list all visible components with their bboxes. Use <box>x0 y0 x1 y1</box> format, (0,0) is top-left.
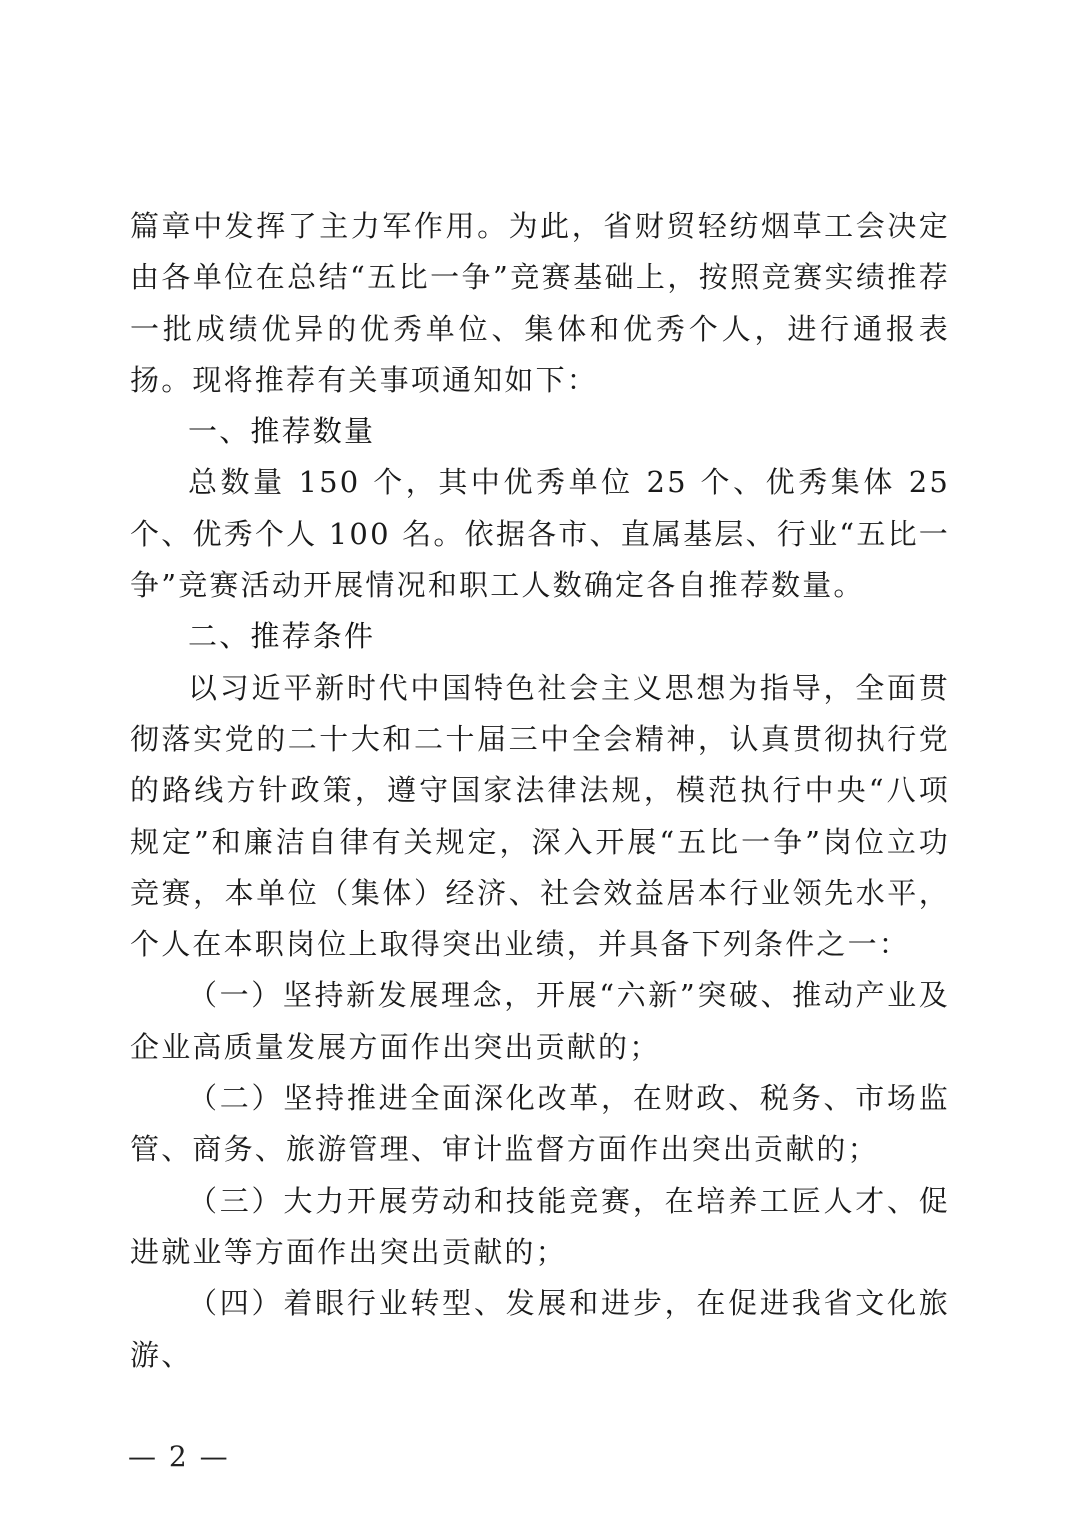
document-page: 篇章中发挥了主力军作用。为此，省财贸轻纺烟草工会决定由各单位在总结“五比一争”竞… <box>0 0 1080 1527</box>
paragraph-quantity: 总数量 150 个，其中优秀单位 25 个、优秀集体 25 个、优秀个人 100… <box>130 457 950 611</box>
condition-item-3: （三）大力开展劳动和技能竞赛，在培养工匠人才、促进就业等方面作出突出贡献的； <box>130 1176 950 1279</box>
section-heading-quantity: 一、推荐数量 <box>130 406 950 457</box>
page-number: — 2 — <box>128 1440 230 1473</box>
section-heading-conditions: 二、推荐条件 <box>130 611 950 662</box>
condition-item-1: （一）坚持新发展理念，开展“六新”突破、推动产业及企业高质量发展方面作出突出贡献… <box>130 970 950 1073</box>
condition-item-2: （二）坚持推进全面深化改革，在财政、税务、市场监管、商务、旅游管理、审计监督方面… <box>130 1073 950 1176</box>
paragraph-conditions: 以习近平新时代中国特色社会主义思想为指导，全面贯彻落实党的二十大和二十届三中全会… <box>130 663 950 971</box>
document-body: 篇章中发挥了主力军作用。为此，省财贸轻纺烟草工会决定由各单位在总结“五比一争”竞… <box>130 201 950 1381</box>
paragraph-intro: 篇章中发挥了主力军作用。为此，省财贸轻纺烟草工会决定由各单位在总结“五比一争”竞… <box>130 201 950 406</box>
condition-item-4: （四）着眼行业转型、发展和进步，在促进我省文化旅游、 <box>130 1278 950 1381</box>
